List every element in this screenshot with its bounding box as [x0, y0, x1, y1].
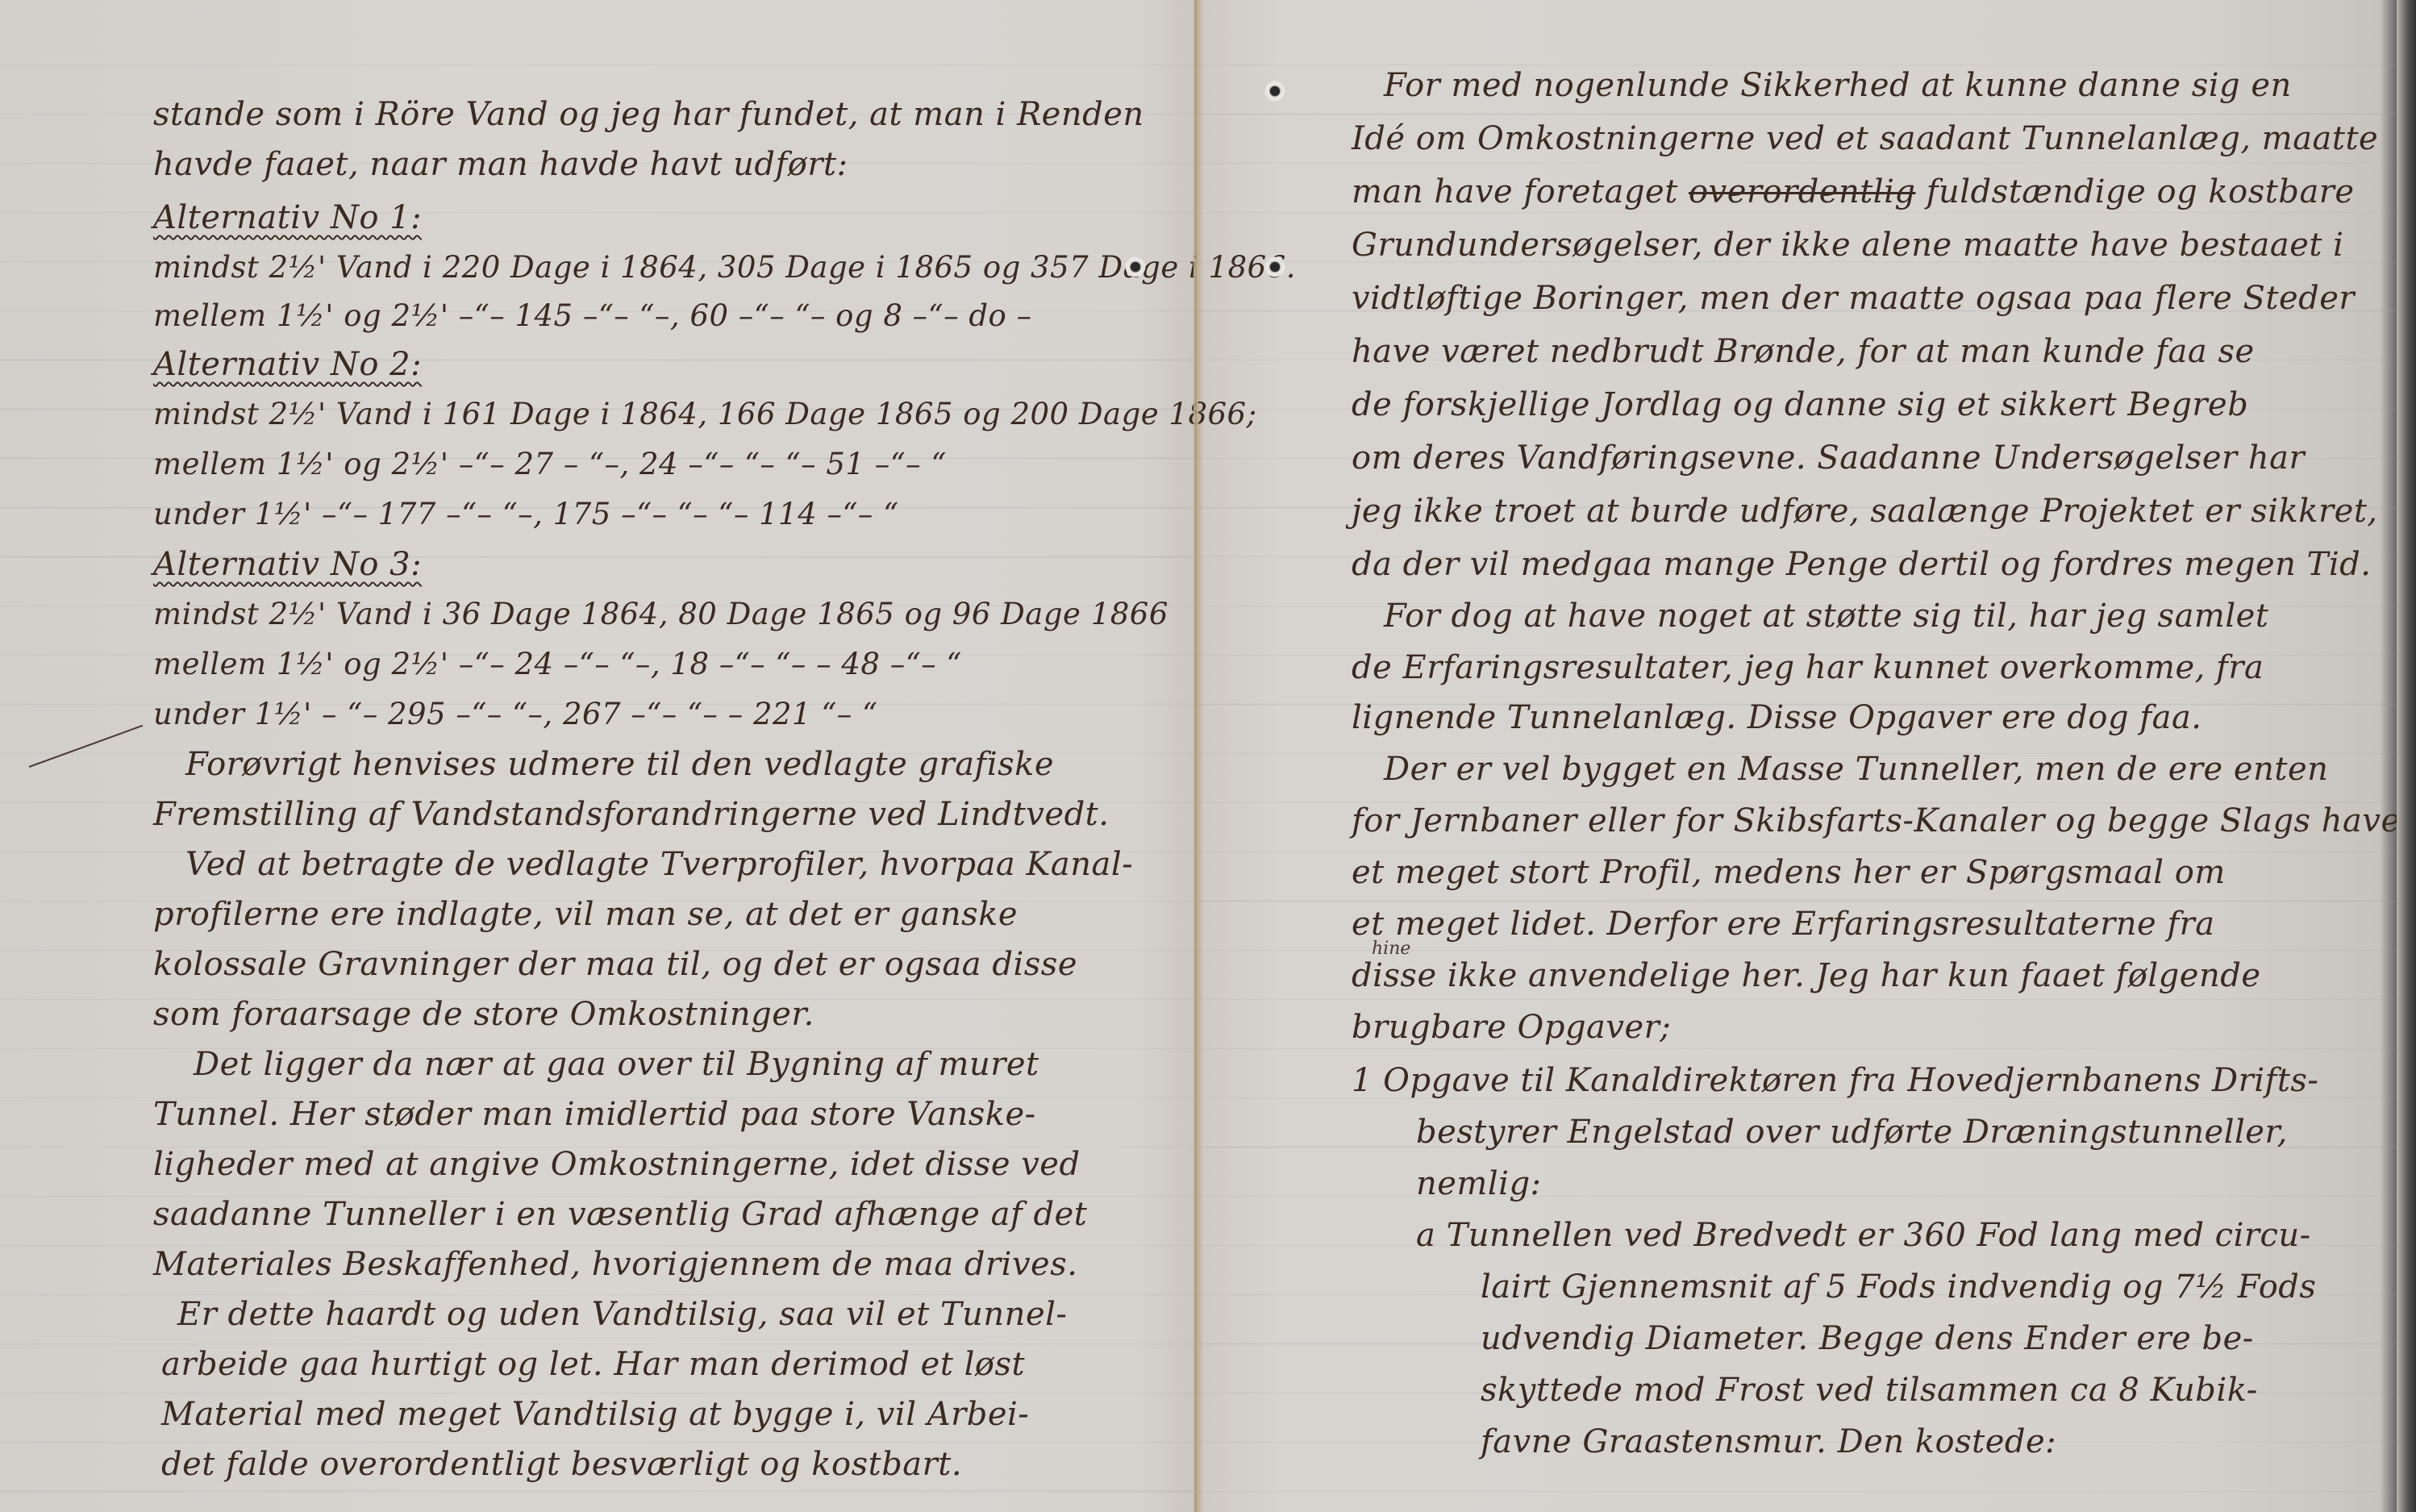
- left-page: stande som i Röre Vand og jeg har fundet…: [0, 0, 1195, 1512]
- text-line: profilerne ere indlagte, vil man se, at …: [153, 895, 1018, 934]
- text-line: For dog at have noget at støtte sig til,…: [1384, 597, 2268, 635]
- text-line: Fremstilling af Vandstandsforandringerne…: [153, 795, 1109, 834]
- text-line: saadanne Tunneller i en væsentlig Grad a…: [153, 1195, 1087, 1234]
- text-line: Forøvrigt henvises udmere til den vedlag…: [185, 745, 1054, 784]
- text-line: et meget stort Profil, medens her er Spø…: [1352, 853, 2226, 892]
- text-line: skyttede mod Frost ved tilsammen ca 8 Ku…: [1481, 1371, 2258, 1410]
- text-line: jeg ikke troet at burde udføre, saalænge…: [1352, 492, 2378, 531]
- text-line: mindst 2½' Vand i 36 Dage 1864, 80 Dage …: [153, 595, 1168, 634]
- text-line: mellem 1½' og 2½' –“– 145 –“– “–, 60 –“–…: [153, 297, 1032, 335]
- text-line: som foraarsage de store Omkostninger.: [153, 995, 814, 1034]
- text-line: et meget lidet. Derfor ere Erfaringsresu…: [1352, 905, 2215, 943]
- section-heading-alternativ-3: Alternativ No 3:: [153, 545, 422, 584]
- text-line: vidtløftige Boringer, men der maatte ogs…: [1352, 279, 2355, 318]
- struck-word: overordentlig: [1689, 173, 1915, 210]
- text-line: de forskjellige Jordlag og danne sig et …: [1352, 385, 2248, 424]
- text-line: Det ligger da nær at gaa over til Bygnin…: [194, 1045, 1039, 1084]
- text-line: mindst 2½' Vand i 161 Dage i 1864, 166 D…: [153, 395, 1257, 434]
- text-line: stande som i Röre Vand og jeg har fundet…: [153, 95, 1144, 134]
- text-line: bestyrer Engelstad over udførte Drænings…: [1416, 1113, 2288, 1152]
- text-line: lignende Tunnelanlæg. Disse Opgaver ere …: [1352, 698, 2202, 737]
- text-line: kolossale Gravninger der maa til, og det…: [153, 945, 1077, 984]
- text-line: a Tunnellen ved Bredvedt er 360 Fod lang…: [1416, 1216, 2311, 1255]
- section-heading-alternativ-2: Alternativ No 2:: [153, 345, 422, 384]
- text-line: for Jernbaner eller for Skibsfarts-Kanal…: [1352, 802, 2401, 840]
- text-line: lairt Gjennemsnit af 5 Fods indvendig og…: [1481, 1268, 2316, 1306]
- text-line: havde faaet, naar man havde havt udført:: [153, 145, 848, 184]
- text-line: om deres Vandføringsevne. Saadanne Under…: [1352, 439, 2305, 477]
- text-fragment: fuldstændige og kostbare: [1916, 173, 2355, 210]
- margin-pen-stroke: [29, 725, 144, 768]
- text-line: 1 Opgave til Kanaldirektøren fra Hovedje…: [1352, 1061, 2318, 1100]
- text-line: da der vil medgaa mange Penge dertil og …: [1352, 545, 2371, 584]
- text-line: ligheder med at angive Omkostningerne, i…: [153, 1145, 1081, 1184]
- text-line: disse ikke anvendelige her. Jeg har kun …: [1352, 956, 2261, 995]
- text-line: Grundundersøgelser, der ikke alene maatt…: [1352, 226, 2343, 264]
- text-line: under 1½' –“– 177 –“– “–, 175 –“– “– “– …: [153, 495, 899, 534]
- text-line: Der er vel bygget en Masse Tunneller, me…: [1384, 750, 2328, 789]
- text-line: arbeide gaa hurtigt og let. Har man deri…: [161, 1345, 1025, 1384]
- text-line: det falde overordentligt besværligt og k…: [161, 1445, 962, 1484]
- text-line: udvendig Diameter. Begge dens Ender ere …: [1481, 1319, 2254, 1358]
- binding-hole: [1125, 256, 1146, 277]
- text-line: Ved at betragte de vedlagte Tverprofiler…: [185, 845, 1133, 884]
- text-line: Er dette haardt og uden Vandtilsig, saa …: [177, 1295, 1067, 1334]
- right-page: For med nogenlunde Sikkerhed at kunne da…: [1198, 0, 2400, 1512]
- text-line-with-deletion: man have foretaget overordentlig fuldstæ…: [1352, 173, 2355, 211]
- manuscript-spread: stande som i Röre Vand og jeg har fundet…: [0, 0, 2416, 1512]
- text-line: have været nedbrudt Brønde, for at man k…: [1352, 332, 2255, 371]
- text-line: brugbare Opgaver;: [1352, 1008, 1671, 1047]
- text-line: de Erfaringsresultater, jeg har kunnet o…: [1352, 648, 2264, 687]
- text-line: Materiales Beskaffenhed, hvorigjennem de…: [153, 1245, 1077, 1284]
- text-line: mellem 1½' og 2½' –“– 24 –“– “–, 18 –“– …: [153, 645, 962, 684]
- text-line: Tunnel. Her støder man imidlertid paa st…: [153, 1095, 1036, 1134]
- text-line: Material med meget Vandtilsig at bygge i…: [161, 1395, 1029, 1434]
- text-line: For med nogenlunde Sikkerhed at kunne da…: [1384, 66, 2292, 105]
- text-line: under 1½' – “– 295 –“– “–, 267 –“– “– – …: [153, 695, 877, 734]
- text-fragment: man have foretaget: [1352, 173, 1689, 210]
- section-heading-alternativ-1: Alternativ No 1:: [153, 198, 422, 237]
- text-line: Idé om Omkostningerne ved et saadant Tun…: [1352, 119, 2378, 158]
- text-line: mellem 1½' og 2½' –“– 27 – “–, 24 –“– “–…: [153, 445, 947, 484]
- text-line: favne Graastensmur. Den kostede:: [1481, 1422, 2056, 1461]
- page-edge: [2397, 0, 2416, 1512]
- text-line: nemlig:: [1416, 1164, 1542, 1203]
